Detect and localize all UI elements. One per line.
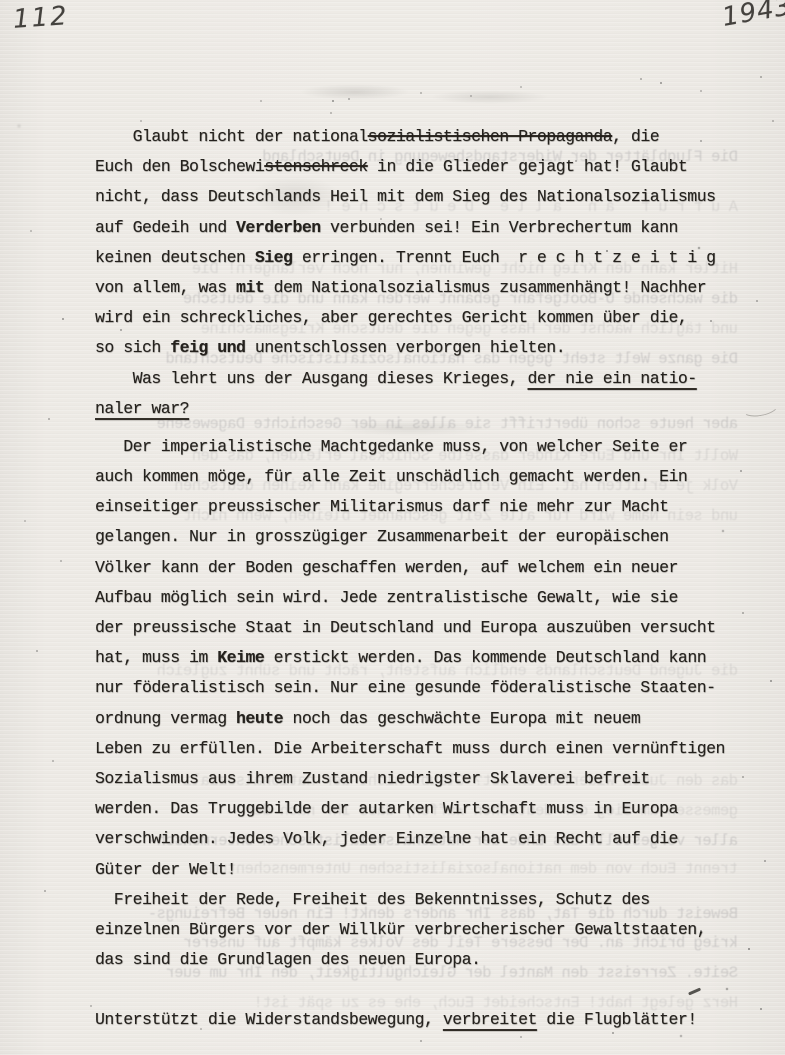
text-segment: Was lehrt uns der Ausgang dieses Krieges… [95, 369, 527, 388]
text-segment: unentschlossen verborgen hielten. [245, 338, 565, 357]
text-segment: Verderben [236, 218, 321, 237]
text-segment: auf Gedeih und [95, 218, 236, 237]
text-segment: der nie ein natio- [527, 369, 696, 388]
text-segment: verbunden sei! Ein Verbrechertum kann [321, 218, 678, 237]
text-segment: Völker kann der Boden geschaffen werden,… [95, 558, 678, 577]
text-segment: Sozialismus aus ihrem Zustand niedrigste… [95, 769, 650, 788]
text-line: keinen deutschen Sieg erringen. Trennt E… [95, 243, 760, 273]
text-line: auch kommen möge, für alle Zeit unschädl… [95, 462, 760, 492]
text-segment: keinen deutschen [95, 248, 255, 267]
text-segment: wird ein schreckliches, aber gerechtes G… [95, 308, 687, 327]
text-segment: nur föderalistisch sein. Nur eine gesund… [95, 678, 716, 697]
text-segment: von allem, was [95, 278, 236, 297]
text-line: Leben zu erfüllen. Die Arbeiterschaft mu… [95, 734, 760, 764]
pencil-smudge [430, 90, 550, 104]
text-segment: mit [236, 278, 264, 297]
text-line: gelangen. Nur in grosszügiger Zusammenar… [95, 522, 760, 552]
text-segment: Güter der Welt! [95, 860, 236, 879]
text-segment: sozialistischen Propaganda [368, 127, 612, 146]
text-segment: Leben zu erfüllen. Die Arbeiterschaft mu… [95, 739, 725, 758]
text-segment: einzelnen Bürgers vor der Willkür verbre… [95, 920, 706, 939]
pencil-smudge [300, 84, 410, 100]
text-segment: noch das geschwächte Europa mit neuem [283, 709, 640, 728]
text-segment: Aufbau möglich sein wird. Jede zentralis… [95, 588, 678, 607]
text-segment: in die Glieder gejagt hat! Glaubt [368, 157, 688, 176]
text-line: einzelnen Bürgers vor der Willkür verbre… [95, 915, 760, 945]
text-line: naler war? [95, 394, 760, 424]
text-segment: , die [612, 127, 659, 146]
text-line: hat, muss im Keime erstickt werden. Das … [95, 643, 760, 673]
text-line: Güter der Welt! [95, 855, 760, 885]
text-segment: Freiheit der Rede, Freiheit des Bekenntn… [95, 890, 650, 909]
text-segment: verbreitet [443, 1010, 537, 1029]
text-line: nur föderalistisch sein. Nur eine gesund… [95, 673, 760, 703]
text-segment: nicht, dass Deutschlands Heil mit dem Si… [95, 187, 716, 206]
text-segment: gelangen. Nur in grosszügiger Zusammenar… [95, 527, 669, 546]
text-segment: so sich [95, 338, 170, 357]
text-line: der preussische Staat in Deutschland und… [95, 613, 760, 643]
text-line: wird ein schreckliches, aber gerechtes G… [95, 303, 760, 333]
text-line: einseitiger preussischer Militarismus da… [95, 492, 760, 522]
text-segment: die Flugblätter! [537, 1010, 697, 1029]
scanned-document-page: 112 1943 Die Flugblätter der Widerstands… [0, 0, 785, 1055]
handwritten-year: 1943 [720, 0, 785, 33]
text-segment: das sind die Grundlagen des neuen Europa… [95, 950, 480, 969]
text-segment: Der imperialistische Machtgedanke muss, … [95, 437, 687, 456]
text-line: werden. Das Truggebilde der autarken Wir… [95, 794, 760, 824]
text-segment: heute [236, 709, 283, 728]
text-line: Glaubt nicht der nationalsozialistischen… [95, 122, 760, 152]
text-line: Freiheit der Rede, Freiheit des Bekenntn… [95, 885, 760, 915]
text-line: so sich feig und unentschlossen verborge… [95, 333, 760, 363]
text-segment: naler war? [95, 399, 189, 418]
text-segment: stenschreck [264, 157, 367, 176]
text-line: Aufbau möglich sein wird. Jede zentralis… [95, 583, 760, 613]
text-line: nicht, dass Deutschlands Heil mit dem Si… [95, 182, 760, 212]
text-line: Unterstützt die Widerstandsbewegung, ver… [95, 1005, 760, 1035]
text-line: Völker kann der Boden geschaffen werden,… [95, 553, 760, 583]
text-segment: erstickt werden. Das kommende Deutschlan… [264, 648, 706, 667]
text-line: ordnung vermag heute noch das geschwächt… [95, 704, 760, 734]
text-segment: erringen. Trennt Euch r e c h t z e i t … [292, 248, 715, 267]
dust-specks [0, 0, 2, 2]
text-line: Euch den Bolschewistenschreck in die Gli… [95, 152, 760, 182]
text-line: Sozialismus aus ihrem Zustand niedrigste… [95, 764, 760, 794]
text-segment: verschwinden. Jedes Volk, jeder Einzelne… [95, 829, 678, 848]
document-text: Glaubt nicht der nationalsozialistischen… [95, 122, 760, 1035]
text-segment: Keime [217, 648, 264, 667]
text-line: verschwinden. Jedes Volk, jeder Einzelne… [95, 824, 760, 854]
text-segment: Sieg [255, 248, 293, 267]
text-line: Was lehrt uns der Ausgang dieses Krieges… [95, 364, 760, 394]
text-segment: der preussische Staat in Deutschland und… [95, 618, 716, 637]
text-line: von allem, was mit dem Nationalsozialism… [95, 273, 760, 303]
text-segment: ordnung vermag [95, 709, 236, 728]
text-line: Der imperialistische Machtgedanke muss, … [95, 432, 760, 462]
text-segment: Euch den Bolschewi [95, 157, 264, 176]
text-segment: feig und [170, 338, 245, 357]
text-segment: Glaubt nicht der national [95, 127, 368, 146]
handwritten-page-number: 112 [12, 1, 70, 35]
text-segment: dem Nationalsozialismus zusammenhängt! N… [264, 278, 706, 297]
text-segment: einseitiger preussischer Militarismus da… [95, 497, 669, 516]
text-line: auf Gedeih und Verderben verbunden sei! … [95, 213, 760, 243]
text-segment: hat, muss im [95, 648, 217, 667]
text-line: das sind die Grundlagen des neuen Europa… [95, 945, 760, 975]
text-segment: werden. Das Truggebilde der autarken Wir… [95, 799, 678, 818]
text-segment: Unterstützt die Widerstandsbewegung, [95, 1010, 443, 1029]
text-segment: auch kommen möge, für alle Zeit unschädl… [95, 467, 687, 486]
